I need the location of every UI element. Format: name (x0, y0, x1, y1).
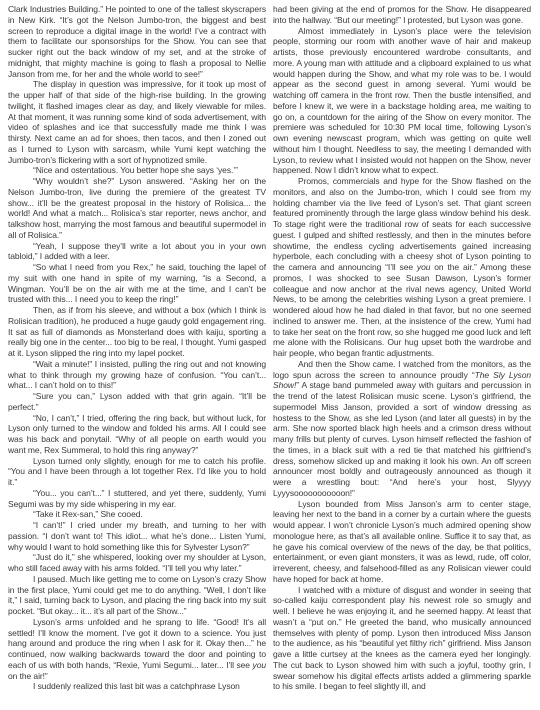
paragraph: “You... you can’t...” I stuttered, and y… (8, 488, 266, 510)
paragraph: “Why wouldn’t she?” Lyson answered. “Ask… (8, 176, 266, 241)
paragraph: I watched with a mixture of disgust and … (273, 585, 531, 693)
right-column: had been giving at the end of promos for… (273, 4, 531, 710)
left-column: Clark Industries Building.” He pointed t… (8, 4, 266, 710)
paragraph: “Sure you can,” Lyson added with that gr… (8, 391, 266, 413)
paragraph: And then the Show came. I watched from t… (273, 359, 531, 499)
paragraph: Then, as if from his sleeve, and without… (8, 305, 266, 359)
paragraph: “I can’t!” I cried under my breath, and … (8, 520, 266, 552)
paragraph: Promos, commercials and hype for the Sho… (273, 176, 531, 359)
paragraph: Almost immediately in Lyson’s place were… (273, 26, 531, 177)
paragraph: “Take it Rex-san,” She cooed. (8, 509, 266, 520)
paragraph: Lyson bounded from Miss Janson’s arm to … (273, 499, 531, 585)
paragraph: “Just do it,” she whispered, looking ove… (8, 552, 266, 574)
paragraph: “Wait a minute!” I insisted, pulling the… (8, 359, 266, 391)
paragraph: I suddenly realized this last bit was a … (8, 681, 266, 692)
paragraph: “Nice and ostentatious. You better hope … (8, 165, 266, 176)
paragraph: Lyson turned only slightly, enough for m… (8, 456, 266, 488)
paragraph: “Yeah, I suppose they’ll write a lot abo… (8, 241, 266, 263)
paragraph: Lyson’s arms unfolded and he sprang to l… (8, 617, 266, 682)
paragraph: “So what I need from you Rex,” he said, … (8, 262, 266, 305)
paragraph: The display in question was impressive, … (8, 79, 266, 165)
paragraph: Clark Industries Building.” He pointed t… (8, 4, 266, 79)
paragraph: I paused. Much like getting me to come o… (8, 574, 266, 617)
paragraph: “No, I can’t,” I tried, offering the rin… (8, 413, 266, 456)
book-page: Clark Industries Building.” He pointed t… (0, 0, 540, 710)
paragraph: had been giving at the end of promos for… (273, 4, 531, 26)
